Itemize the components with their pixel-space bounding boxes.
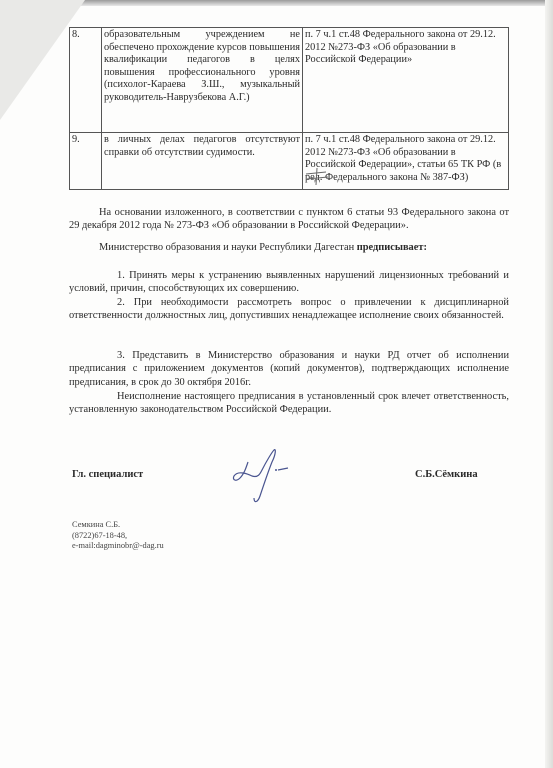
contact-phone: (8722)67-18-48, [72,531,164,542]
warning-paragraph: Неисполнение настоящего предписания в ус… [69,390,509,417]
basis-paragraph: На основании изложенного, в соответствии… [69,206,509,233]
law-reference: п. 7 ч.1 ст.48 Федерального закона от 29… [303,28,509,133]
contact-block: Семкина С.Б. (8722)67-18-48, e-mail:dagm… [72,520,164,552]
handwritten-mark-icon [304,166,330,186]
law-reference: п. 7 ч.1 ст.48 Федерального закона от 29… [303,133,509,190]
row-number: 9. [70,133,102,190]
prescription-item-3: 3. Представить в Министерство образовани… [69,349,509,389]
violations-table: 8. образовательным учреждением не обеспе… [69,27,509,190]
scanned-page: 8. образовательным учреждением не обеспе… [0,0,553,768]
handwritten-signature-icon [218,448,308,508]
violation-description: образовательным учреждением не обеспечен… [102,28,303,133]
signatory-name: С.Б.Сёмкина [415,469,478,480]
table-row: 8. образовательным учреждением не обеспе… [70,28,509,133]
page-top-edge [80,0,553,6]
ministry-paragraph: Министерство образования и науки Республ… [69,241,509,254]
table-row: 9. в личных делах педагогов отсутствуют … [70,133,509,190]
violation-description: в личных делах педагогов отсутствуют спр… [102,133,303,190]
prescription-item-1: 1. Принять меры к устранению выявленных … [69,269,509,296]
page-right-edge [545,0,553,768]
row-number: 8. [70,28,102,133]
prescribes-label: предписывает: [357,242,427,253]
contact-name: Семкина С.Б. [72,520,164,531]
ministry-text: Министерство образования и науки Республ… [99,242,357,253]
prescription-item-2: 2. При необходимости рассмотреть вопрос … [69,296,509,323]
contact-email: e-mail:dagminobr@-dag.ru [72,541,164,552]
signatory-title: Гл. специалист [72,469,143,480]
